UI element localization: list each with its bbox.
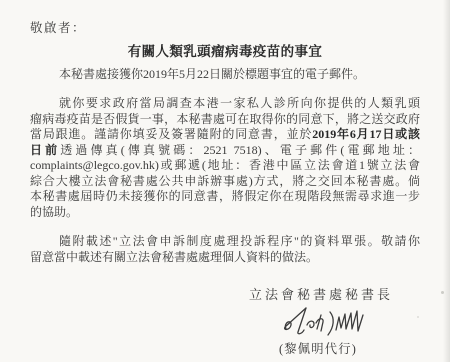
scan-speck xyxy=(441,291,444,294)
p3-line-1: 隨附載述"立法會申訴制度處理投訴程序"的資料單張。敬請你 xyxy=(30,234,420,250)
scan-speck xyxy=(417,316,419,318)
p2-line-8: 的協助。 xyxy=(30,205,420,221)
closing-role-title: 立法會秘書處秘書長 xyxy=(249,284,393,303)
p2-line-6: 綜合大樓立法會秘書處公共申訴辦事處)方式，將之交回本秘書處。倘 xyxy=(30,174,420,190)
p2-line-3-text: 當局跟進。謹請你填妥及簽署隨附的同意書，並於 xyxy=(30,127,312,141)
deadline-date-bold: 2019年6月17日或該 xyxy=(312,127,420,141)
letter-title: 有關人類乳頭瘤病毒疫苗的事宜 xyxy=(0,40,450,60)
signer-name: (黎佩明代行) xyxy=(279,339,357,357)
p2-line-2: 瘤病毒疫苗是否假貨一事，本秘書處可在取得你的同意下，將之送交政府 xyxy=(30,112,420,128)
p2-line-4-text: 透過傳真(傳真號碼：2521 7518)、電子郵件(電郵地址： xyxy=(60,143,420,157)
deadline-date-bold-cont: 日前 xyxy=(30,143,60,157)
p3-line-2: 留意當中載述有關立法會秘書處處理個人資料的做法。 xyxy=(30,250,420,266)
paragraph-enclosure-note: 隨附載述"立法會申訴制度處理投訴程序"的資料單張。敬請你 留意當中載述有關立法會… xyxy=(30,234,420,265)
p2-line-5-email-address: complaints@legco.gov.hk)或郵遞(地址：香港中區立法會道1… xyxy=(30,158,420,174)
p2-line-7: 本秘書處屆時仍未接獲你的同意書，將假定你在現階段無需尋求進一步 xyxy=(30,189,420,205)
paragraph-acknowledgement: 本秘書處接獲你2019年5月22日關於標題事宜的電子郵件。 xyxy=(30,65,420,82)
salutation: 敬啟者： xyxy=(30,18,86,36)
signature-image xyxy=(276,305,371,341)
paragraph-consent-request: 就你要求政府當局調查本港一家私人診所向你提供的人類乳頭 瘤病毒疫苗是否假貨一事，… xyxy=(30,96,420,220)
p2-line-3: 當局跟進。謹請你填妥及簽署隨附的同意書，並於2019年6月17日或該 xyxy=(30,127,420,143)
scanned-letter-page: 敬啟者： 有關人類乳頭瘤病毒疫苗的事宜 本秘書處接獲你2019年5月22日關於標… xyxy=(0,0,450,362)
p2-line-4: 日前透過傳真(傳真號碼：2521 7518)、電子郵件(電郵地址： xyxy=(30,143,420,159)
p2-line-1: 就你要求政府當局調查本港一家私人診所向你提供的人類乳頭 xyxy=(30,96,420,112)
